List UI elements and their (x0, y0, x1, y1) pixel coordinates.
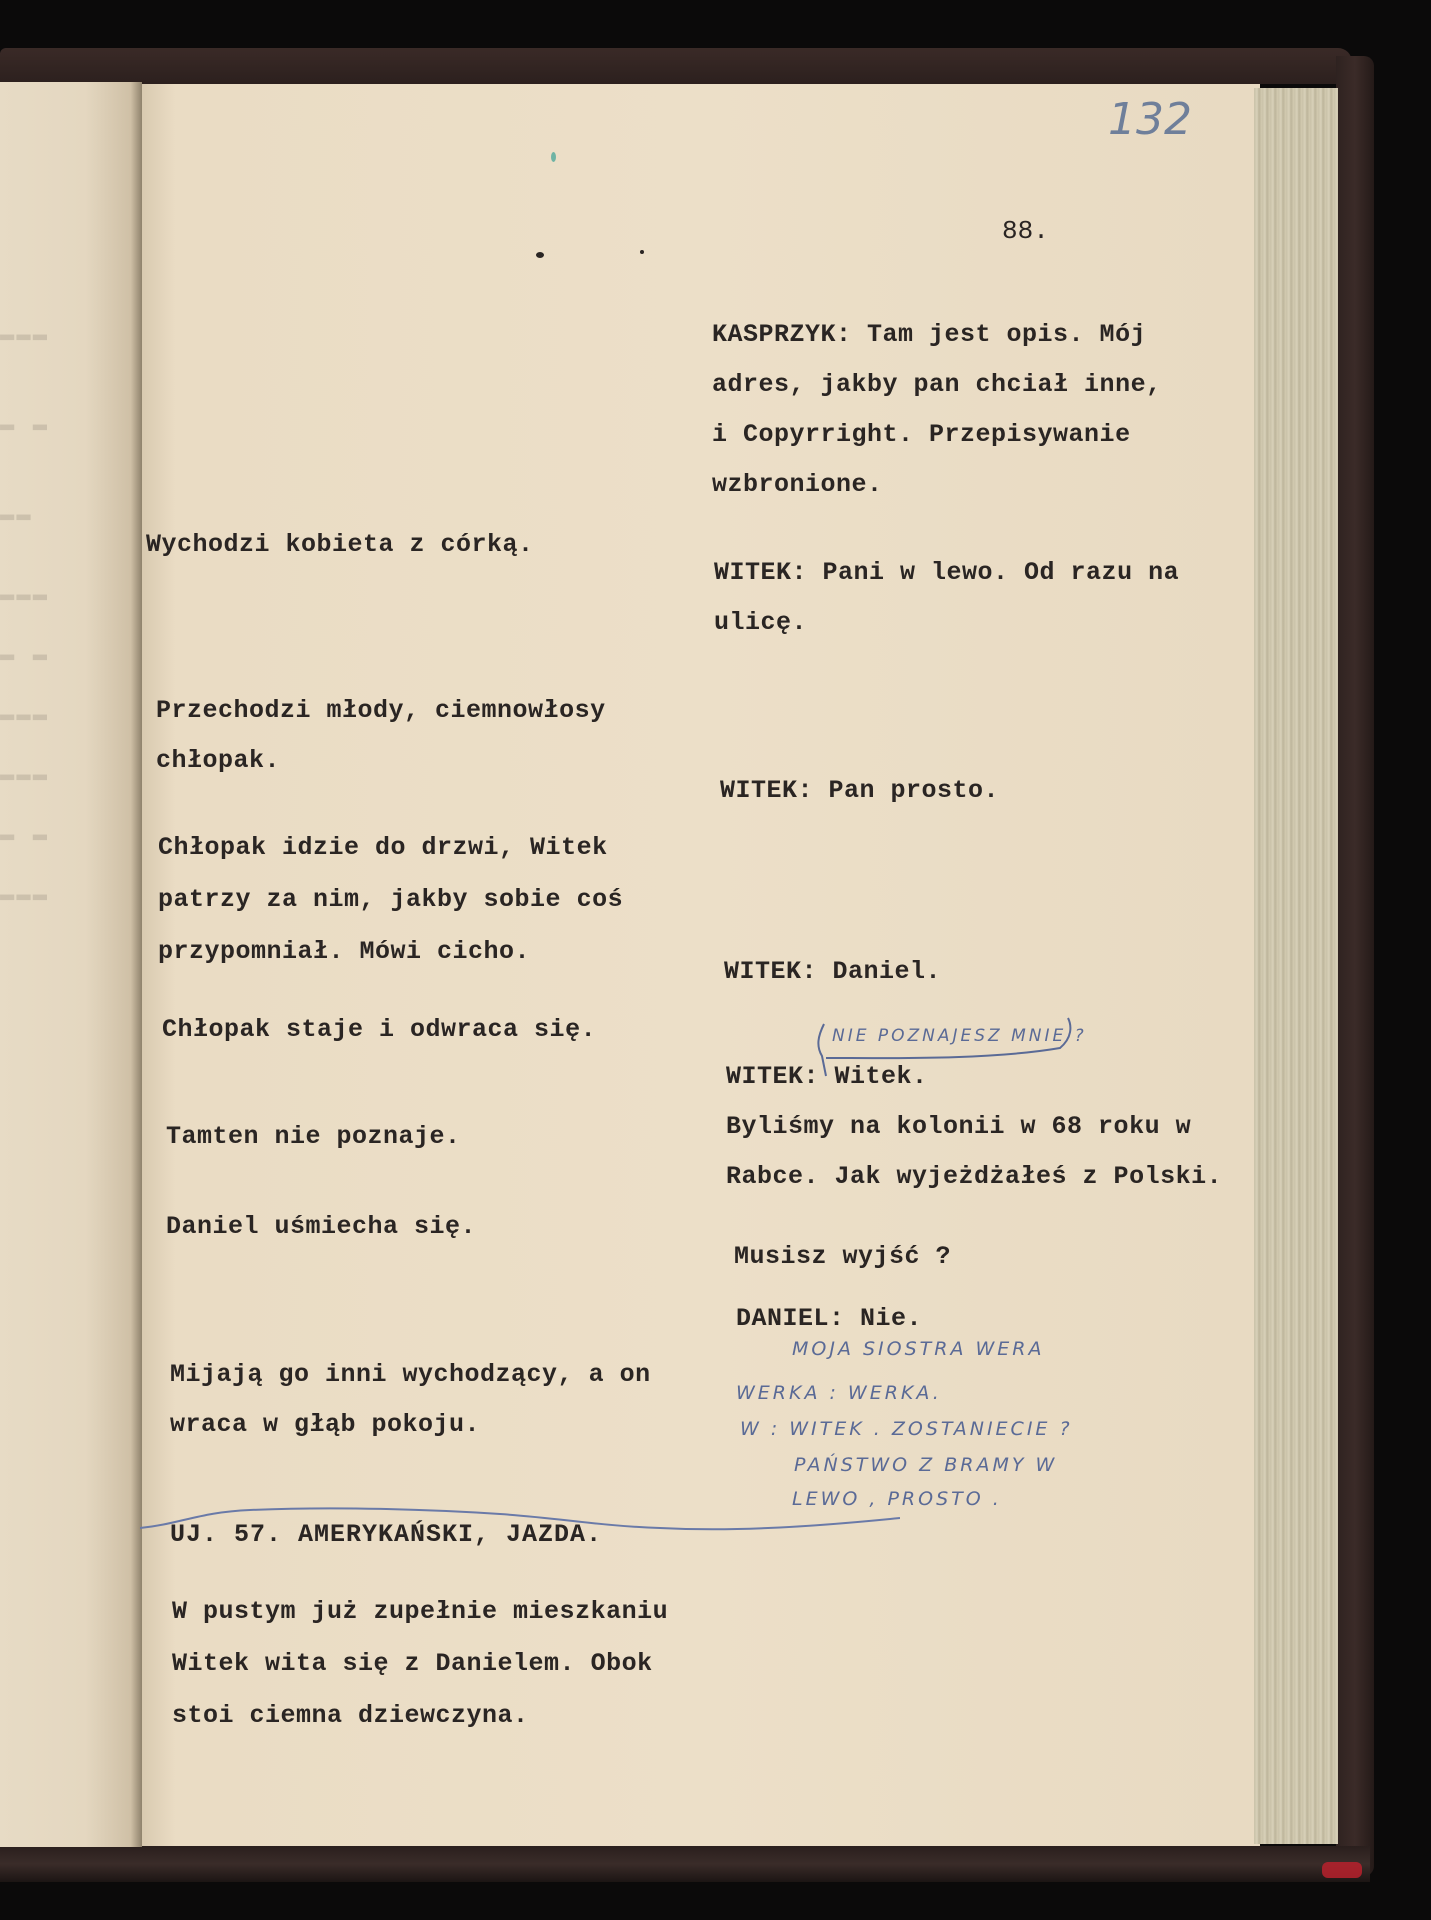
scene-heading: UJ. 57. AMERYKAŃSKI, JAZDA. (170, 1510, 602, 1560)
stage-direction: Chłopak staje i odwraca się. (162, 1005, 596, 1055)
dialogue-witek: Musisz wyjść ? (734, 1232, 951, 1282)
book-cover-top (0, 48, 1352, 84)
bleed-through-text: ▬▬▬ (0, 882, 80, 909)
bleed-through-text: ▬ ▬ (0, 412, 80, 439)
bleed-through-text: ▬▬▬ (0, 762, 80, 789)
bleed-through-text: ▬ ▬ (0, 822, 80, 849)
handwritten-note-line: LEWO , PROSTO . (792, 1488, 1002, 1510)
handwritten-note-line: MOJA SIOSTRA WERA (792, 1338, 1045, 1360)
green-speck (551, 152, 556, 162)
handwritten-note-line: W : WITEK . ZOSTANIECIE ? (740, 1418, 1073, 1440)
stage-direction: Wychodzi kobieta z córką. (146, 520, 534, 570)
dialogue-witek: WITEK: Pan prosto. (720, 766, 999, 816)
ink-speck (536, 252, 544, 258)
page-block-edges (1254, 88, 1338, 1844)
page-number: 88. (1002, 216, 1049, 246)
book-cover-right (1336, 56, 1374, 1876)
left-page-edge: ▬▬▬ ▬ ▬ ▬▬ ▬▬▬ ▬ ▬ ▬▬▬ ▬▬▬ ▬ ▬ ▬▬▬ (0, 82, 142, 1847)
bleed-through-text: ▬ ▬ (0, 642, 80, 669)
handwritten-note-line: WERKA : WERKA. (736, 1382, 942, 1404)
stage-direction: Przechodzi młody, ciemnowłosy chłopak. (156, 686, 606, 786)
dialogue-witek: WITEK: Pani w lewo. Od razu na ulicę. (714, 548, 1179, 648)
stage-direction: Tamten nie poznaje. (166, 1112, 461, 1162)
dialogue-daniel: DANIEL: Nie. (736, 1294, 922, 1344)
ink-speck (640, 250, 644, 254)
handwritten-note-line: PAŃSTWO Z BRAMY W (794, 1454, 1057, 1476)
dialogue-kasprzyk: KASPRZYK: Tam jest opis. Mój adres, jakb… (712, 310, 1162, 510)
bleed-through-text: ▬▬ (0, 502, 80, 529)
bleed-through-text: ▬▬▬ (0, 582, 80, 609)
dialogue-witek: WITEK: Daniel. (724, 947, 941, 997)
bleed-through-text: ▬▬▬ (0, 702, 80, 729)
bleed-through-text: ▬▬▬ (0, 322, 80, 349)
stage-direction: Daniel uśmiecha się. (166, 1202, 476, 1252)
dialogue-witek: WITEK: Witek. Byliśmy na kolonii w 68 ro… (726, 1052, 1222, 1202)
scene-description: W pustym już zupełnie mieszkaniu Witek w… (172, 1586, 668, 1742)
stage-direction: Chłopak idzie do drzwi, Witek patrzy za … (158, 822, 623, 978)
red-corner-mark (1322, 1862, 1362, 1878)
stage-direction: Mijają go inni wychodzący, a on wraca w … (170, 1350, 651, 1450)
handwritten-folio-number: 132 (1108, 94, 1192, 145)
book-cover-bottom (0, 1846, 1370, 1882)
